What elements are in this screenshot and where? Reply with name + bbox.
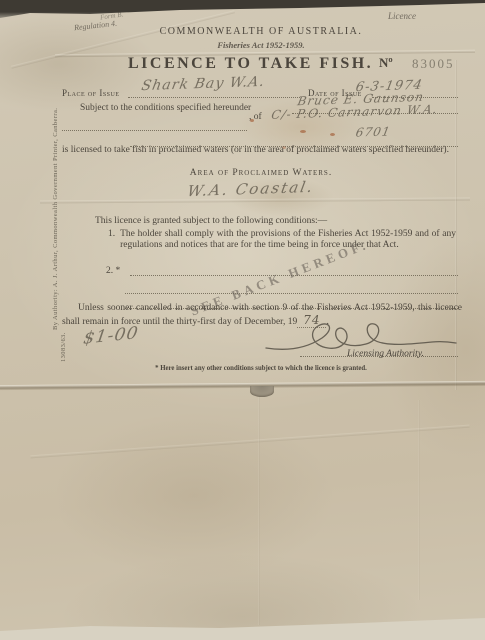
crease-lower-diagonal	[30, 425, 469, 459]
licence-title: LICENCE TO TAKE FISH.	[128, 55, 373, 73]
rust-speck	[300, 130, 306, 133]
postcode-value: 6701	[355, 124, 392, 139]
condition-1: 1. The holder shall comply with the prov…	[108, 229, 456, 251]
print-code: 13083/63.	[60, 332, 67, 362]
licence-corner-word: Licence	[388, 11, 416, 21]
condition-1-text: The holder shall comply with the provisi…	[120, 229, 456, 251]
licence-number-label: Nº	[379, 55, 393, 71]
subject-line: Subject to the conditions specified here…	[80, 103, 251, 113]
crease-lower-right-vertical	[418, 400, 420, 600]
of-label: , of	[249, 112, 262, 122]
licensed-text: is licensed to take fish in proclaimed w…	[62, 145, 460, 156]
address-dotted-line	[62, 118, 247, 131]
crease-mid-upper	[40, 197, 470, 203]
printer-imprint: By Authority: A. J. Arthur, Commonwealth…	[52, 108, 59, 330]
licence-number: 83005	[412, 56, 455, 72]
condition-2-line-2	[125, 281, 458, 294]
footnote: * Here insert any other conditions subje…	[62, 365, 460, 372]
conditions-intro: This licence is granted subject to the f…	[95, 216, 327, 226]
area-value: W.A. Coastal.	[186, 178, 316, 200]
main-fold-line	[0, 381, 485, 390]
punch-notch	[250, 386, 274, 397]
act-subheading: Fisheries Act 1952-1959.	[62, 40, 460, 50]
licensing-authority-label: Licensing Authority.	[347, 349, 424, 359]
area-heading: Area of Proclaimed Waters.	[62, 168, 460, 178]
crease-lower-vertical	[258, 395, 260, 625]
country-heading: COMMONWEALTH OF AUSTRALIA.	[62, 26, 460, 37]
licence-paper: Form B. Regulation 4. Licence COMMONWEAL…	[0, 0, 485, 636]
place-of-issue-label: Place of Issue	[62, 88, 120, 98]
condition-1-number: 1.	[108, 229, 115, 251]
condition-2-label: 2. *	[106, 266, 120, 276]
